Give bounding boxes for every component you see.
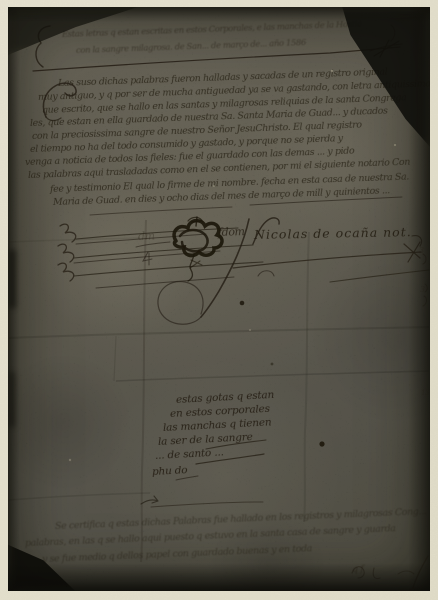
photograph: Estas letras q estan escritas en estos C… [0, 0, 438, 600]
signature-mark-center: fdom [218, 225, 245, 239]
note-line: phu do [152, 464, 188, 478]
signature-mark-left: dm [138, 229, 155, 243]
manuscript-photo-page: Estas letras q estan escritas en estos C… [0, 0, 438, 600]
shadow-top-edge [8, 7, 430, 22]
shadow-blotch [8, 372, 15, 427]
shadow-right-edge [408, 7, 430, 591]
signature-name: Nicolas de ocaña not. [254, 224, 412, 242]
shadow-bottom-edge [8, 563, 430, 591]
shadow-blotch [8, 250, 16, 308]
